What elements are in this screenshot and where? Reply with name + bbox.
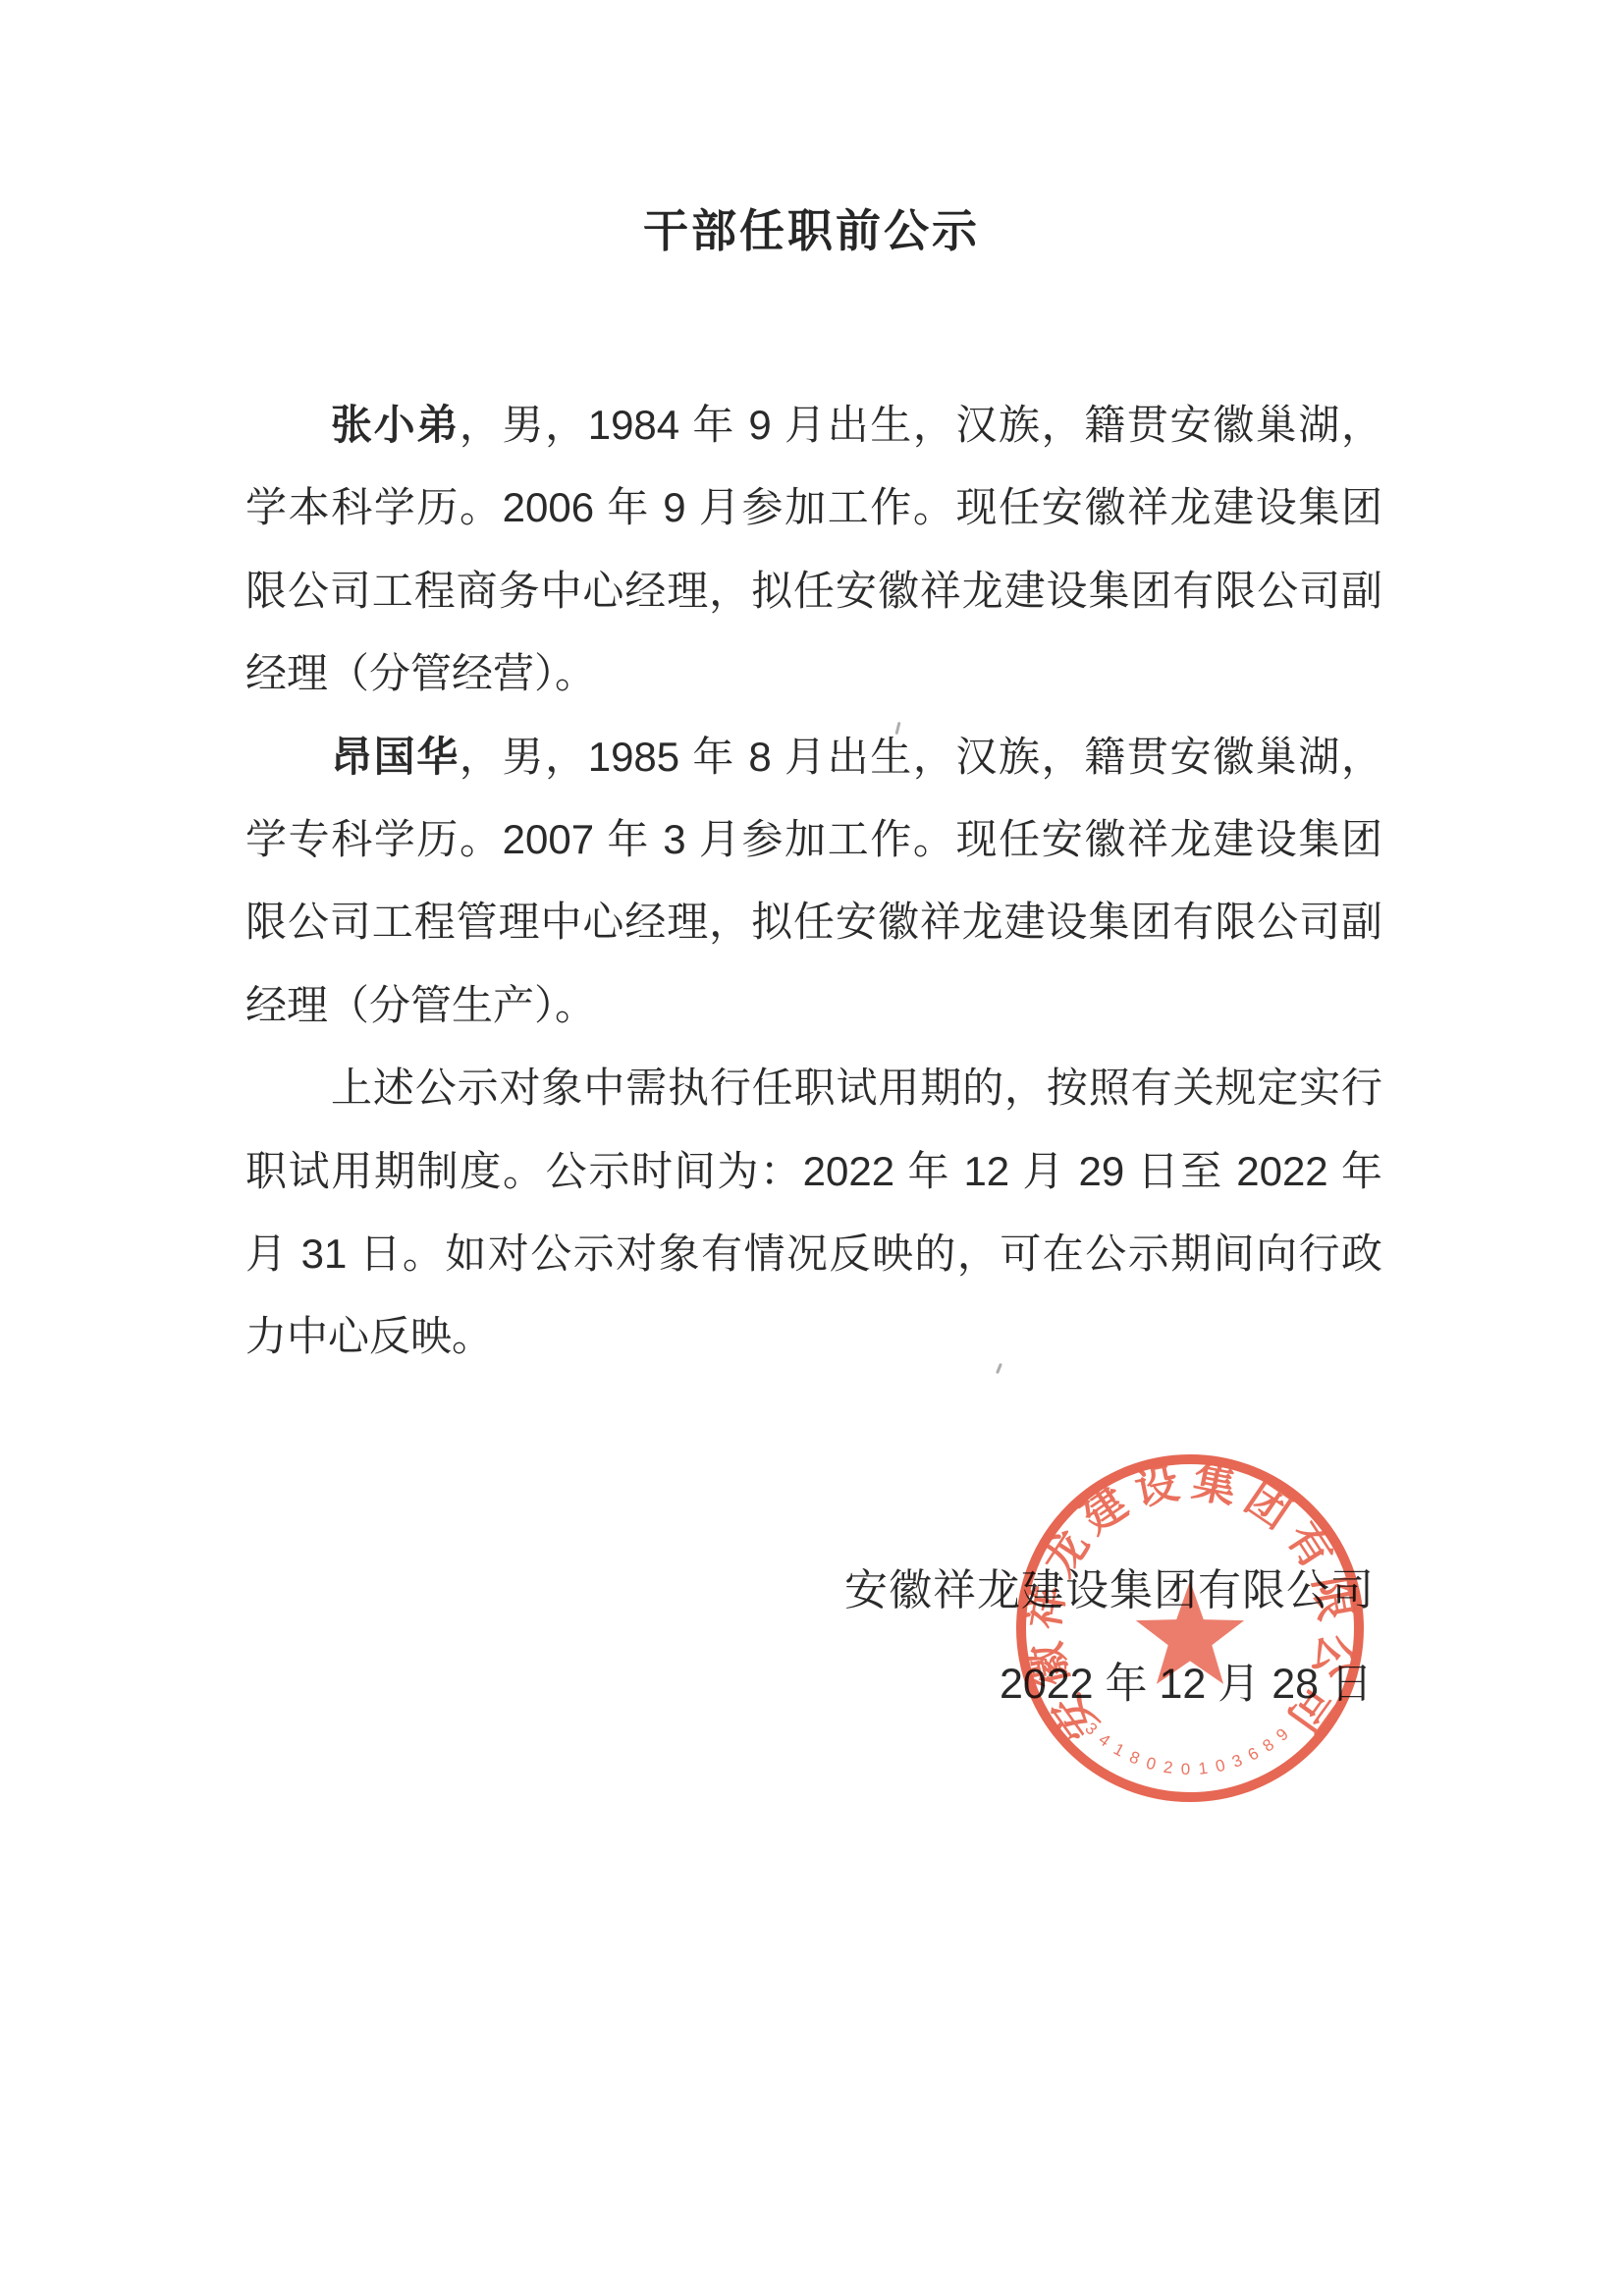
document-page: 干部任职前公示 张小弟，男，1984 年 9 月出生，汉族，籍贯安徽巢湖，大 学… <box>0 0 1623 2296</box>
svg-text:3418020103689: 3418020103689 <box>1081 1719 1298 1778</box>
seal-star-icon <box>1136 1581 1244 1684</box>
text-line: 月 31 日。如对公示对象有情况反映的，可在公示期间向行政人 <box>245 1213 1382 1295</box>
text-line: 上述公示对象中需执行任职试用期的，按照有关规定实行任 <box>245 1047 1382 1129</box>
text-line: 经理（分管经营）。 <box>245 632 1382 715</box>
text-line: 职试用期制度。公示时间为：2022 年 12 月 29 日至 2022 年 12 <box>245 1130 1382 1213</box>
paragraph-angguohua: 昂国华，男，1985 年 8 月出生，汉族，籍贯安徽巢湖，大 学专科学历。200… <box>245 716 1382 1048</box>
text-line: 限公司工程商务中心经理，拟任安徽祥龙建设集团有限公司副总 <box>245 550 1382 632</box>
document-body: 张小弟，男，1984 年 9 月出生，汉族，籍贯安徽巢湖，大 学本科学历。200… <box>245 384 1382 1379</box>
person-name: 昂国华 <box>331 734 460 780</box>
text-line: 张小弟，男，1984 年 9 月出生，汉族，籍贯安徽巢湖，大 <box>245 384 1382 466</box>
document-title: 干部任职前公示 <box>0 204 1623 259</box>
text-line: 力中心反映。 <box>245 1295 1382 1378</box>
official-seal: 安徽祥龙建设集团有限公司 3418020103689 <box>1003 1442 1377 1815</box>
text-line: 经理（分管生产）。 <box>245 964 1382 1047</box>
person-name: 张小弟 <box>331 402 460 448</box>
paragraph-notice: 上述公示对象中需执行任职试用期的，按照有关规定实行任 职试用期制度。公示时间为：… <box>245 1047 1382 1379</box>
text-line: 学专科学历。2007 年 3 月参加工作。现任安徽祥龙建设集团有 <box>245 798 1382 881</box>
paragraph-zhangxiaodi: 张小弟，男，1984 年 9 月出生，汉族，籍贯安徽巢湖，大 学本科学历。200… <box>245 384 1382 716</box>
text-line: 昂国华，男，1985 年 8 月出生，汉族，籍贯安徽巢湖，大 <box>245 716 1382 798</box>
seal-serial-number: 3418020103689 <box>1081 1719 1298 1778</box>
text-line: 限公司工程管理中心经理，拟任安徽祥龙建设集团有限公司副总 <box>245 881 1382 963</box>
text-line: 学本科学历。2006 年 9 月参加工作。现任安徽祥龙建设集团有 <box>245 466 1382 549</box>
